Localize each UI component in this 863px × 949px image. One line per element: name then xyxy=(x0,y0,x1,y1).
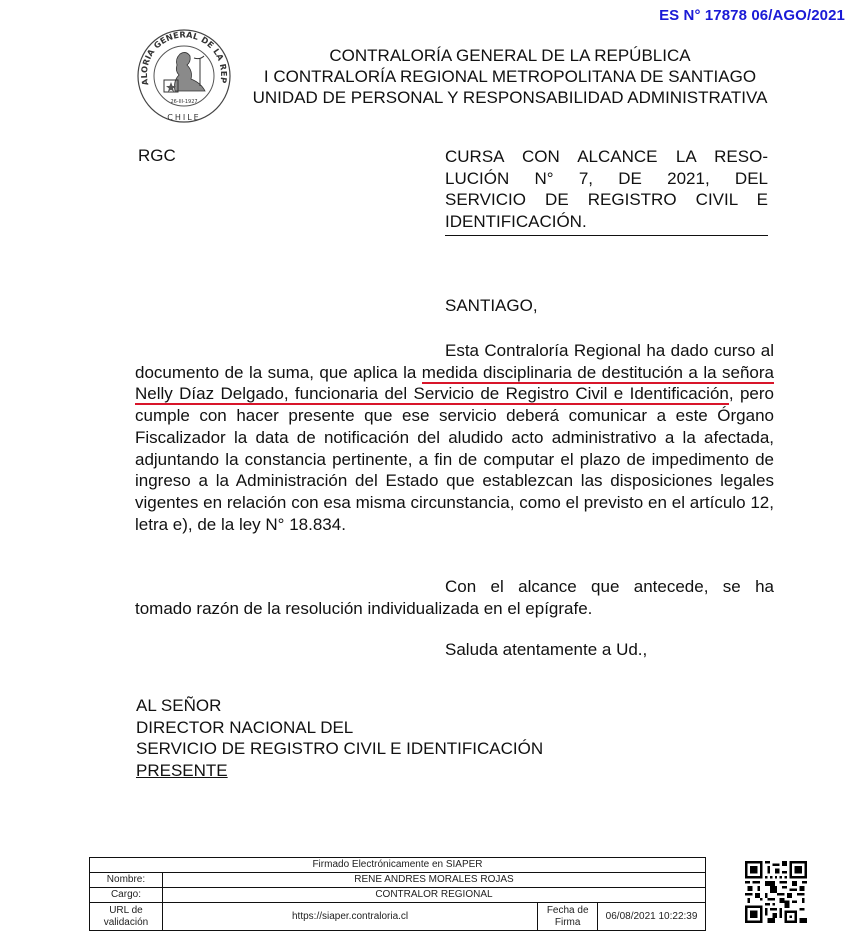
addressee-line-2: DIRECTOR NACIONAL DEL xyxy=(136,717,543,739)
document-reference-number: ES N° 17878 06/AGO/2021 xyxy=(659,7,845,24)
subject-line-4: IDENTIFICACIÓN. xyxy=(445,211,768,233)
subject-line-1: CURSA CON ALCANCE LA RESO- xyxy=(445,146,768,168)
header-line-2: I CONTRALORÍA REGIONAL METROPOLITANA DE … xyxy=(240,66,780,87)
svg-text:CHILE: CHILE xyxy=(167,113,200,122)
subject-block: CURSA CON ALCANCE LA RESO- LUCIÓN N° 7, … xyxy=(445,146,768,236)
initials: RGC xyxy=(138,146,176,166)
name-label: Nombre: xyxy=(90,873,163,888)
header-line-3: UNIDAD DE PERSONAL Y RESPONSABILIDAD ADM… xyxy=(240,87,780,108)
validation-url-label: URL de validación xyxy=(90,903,163,931)
signature-date-value: 06/08/2021 10:22:39 xyxy=(598,903,706,931)
addressee-block: AL SEÑOR DIRECTOR NACIONAL DEL SERVICIO … xyxy=(136,695,543,781)
signature-date-label: Fecha de Firma xyxy=(538,903,598,931)
paragraph-scope-text: Con el alcance que antecede, se ha tomad… xyxy=(135,577,774,618)
signer-name: RENE ANDRES MORALES ROJAS xyxy=(162,873,705,888)
subject-line-3: SERVICIO DE REGISTRO CIVIL E xyxy=(445,189,768,211)
contraloria-seal-icon: CONTRALORIA GENERAL DE LA REPUBLICA CHIL… xyxy=(136,28,232,124)
signer-role: CONTRALOR REGIONAL xyxy=(162,888,705,903)
paragraph-main: Esta Contraloría Regional ha dado curso … xyxy=(135,340,774,535)
addressee-line-3: SERVICIO DE REGISTRO CIVIL E IDENTIFICAC… xyxy=(136,738,543,760)
signature-title: Firmado Electrónicamente en SIAPER xyxy=(90,858,706,873)
institution-header: CONTRALORÍA GENERAL DE LA REPÚBLICA I CO… xyxy=(240,45,780,108)
place-line: SANTIAGO, xyxy=(445,296,538,316)
paragraph-main-rest: , pero cumple con hacer presente que ese… xyxy=(135,384,774,533)
addressee-line-1: AL SEÑOR xyxy=(136,695,543,717)
svg-text:26-III-1927: 26-III-1927 xyxy=(170,99,197,105)
validation-url-link[interactable]: https://siaper.contraloria.cl xyxy=(162,903,537,931)
qr-code-icon xyxy=(745,860,807,924)
header-line-1: CONTRALORÍA GENERAL DE LA REPÚBLICA xyxy=(240,45,780,66)
subject-line-2: LUCIÓN N° 7, DE 2021, DEL xyxy=(445,168,768,190)
paragraph-scope: Con el alcance que antecede, se ha tomad… xyxy=(135,576,774,619)
closing-line: Saluda atentamente a Ud., xyxy=(445,640,647,660)
role-label: Cargo: xyxy=(90,888,163,903)
addressee-line-4: PRESENTE xyxy=(136,760,543,782)
electronic-signature-table: Firmado Electrónicamente en SIAPER Nombr… xyxy=(89,857,706,931)
